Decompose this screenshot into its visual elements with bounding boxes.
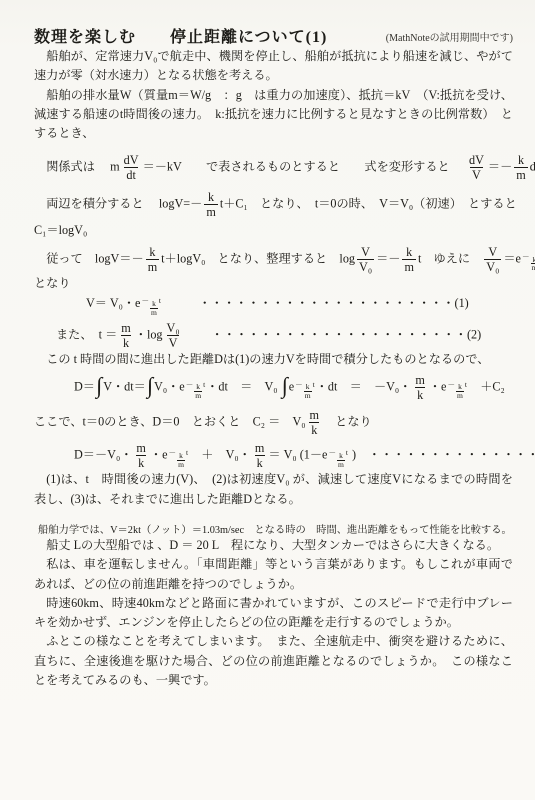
formula-log: 従って logV＝－kmt＋logV₀ となり、整理すると logVV₀＝－km… [34, 245, 513, 274]
formula-integrate: 両辺を積分すると logV=－kmt＋C₁ となり、 t＝0の時、 V＝V₀（初… [34, 190, 513, 219]
paragraph-distance-intro: この t 時間の間に進出した距離Dは(1)の速力Vを時間で積分したものとなるので… [34, 350, 513, 369]
paragraph-ship-intro: 船舶が、定常速力V₀で航走中、機関を停止し、船舶が抵抗により船速を減じ、やがて速… [34, 47, 513, 86]
formula-distance-integral: D＝∫V・dt＝∫V₀・e－kmt・dt ＝ V₀ ∫e－kmt・dt ＝ －V… [34, 373, 513, 402]
equation-3: D＝－V₀・mk・e－kmt ＋ V₀・mk＝ V₀ (1－e－kmt ) ・・… [34, 441, 513, 470]
page-title: 数理を楽しむ 停止距離について(1) [34, 24, 327, 47]
note-ship-dynamics: 船舶力学では、V＝2kt（ノット）＝1.03m/sec となる時の 時間、進出距… [34, 521, 513, 536]
paragraph-car-intro: 私は、車を運転しません。「車間距離」等という言葉があります。もしこれが車両であれ… [34, 555, 513, 594]
paragraph-speed-limit: 時速60km、時速40kmなどと路面に書かれていますが、このスピードで走行中ブレ… [34, 594, 513, 633]
title-row: 数理を楽しむ 停止距離について(1) (MathNoteの試用期間中です) [34, 24, 513, 47]
paragraph-closing: ふとこの様なことを考えてしまいます。 また、全速航走中、衝突を避けるために、直ち… [34, 632, 513, 690]
formula-tonari: となり [34, 276, 513, 292]
paragraph-displacement: 船舶の排水量W（質量m＝W/g ：g は重力の加速度）、抵抗＝kV （V:抵抗を… [34, 86, 513, 144]
formula-constant-c2: ここで、t＝0のとき、D＝0 とおくと C₂ ＝ V₀mk となり [34, 408, 513, 437]
paragraph-ship-length: 船丈 Lの大型船では 、D ＝ 20 L 程になり、大型タンカーではさらに大きく… [34, 536, 513, 555]
paragraph-summary: (1)は、t 時間後の速力(V)、 (2)は初速度V₀ が、減速して速度Vになる… [34, 470, 513, 509]
equation-2: また、 t ＝mk・logV₀V ・・・・・・・・・・・・・・・・・・・・・(2… [34, 321, 513, 350]
document-page: 数理を楽しむ 停止距離について(1) (MathNoteの試用期間中です) 船舶… [0, 0, 535, 800]
trial-note: (MathNoteの試用期間中です) [386, 29, 513, 44]
formula-relation: 関係式は mdVdt＝－kV で表されるものとすると 式を変形すると dVV＝－… [34, 153, 513, 182]
formula-c1: C₁＝logV₀ [34, 223, 513, 239]
equation-1: V＝ V₀・e－kmt ・・・・・・・・・・・・・・・・・・・・・(1) [34, 296, 513, 317]
